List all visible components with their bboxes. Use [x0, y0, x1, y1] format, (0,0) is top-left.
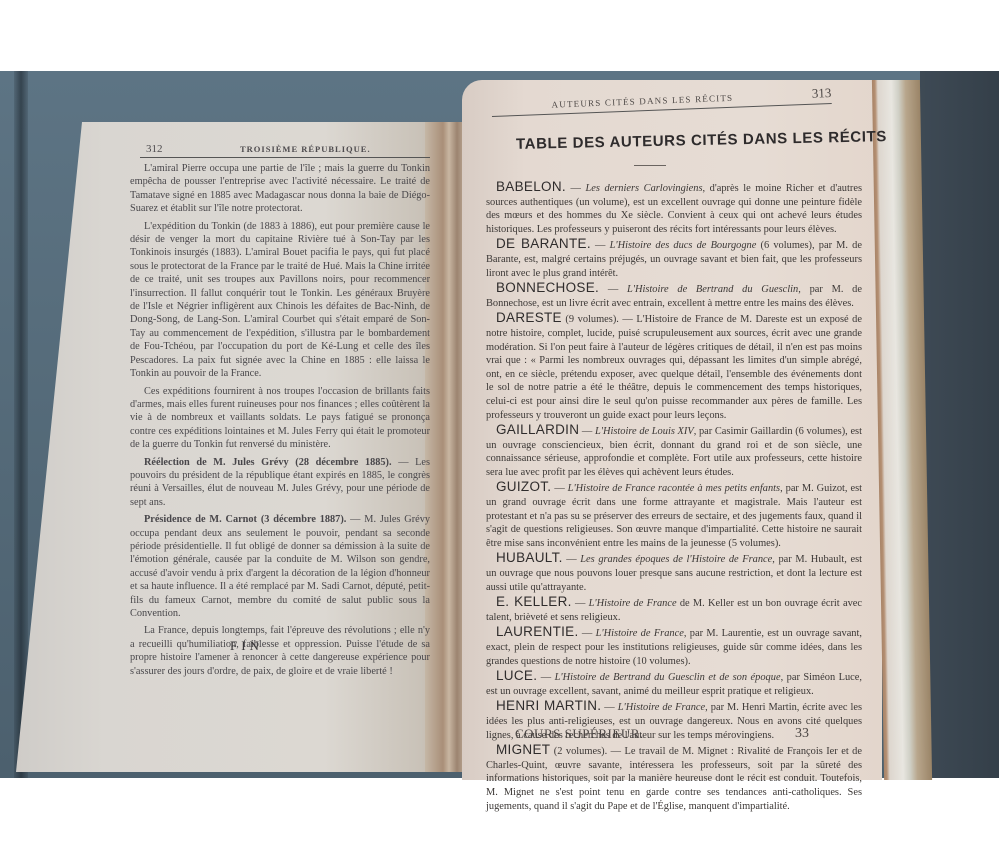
author-entry: DARESTE (9 volumes). — L'Histoire de Fra…	[486, 311, 862, 422]
left-running-head: TROISIÈME RÉPUBLIQUE.	[240, 144, 371, 154]
paragraph-closing: La France, depuis longtemps, fait l'épre…	[130, 624, 430, 678]
author-entry: E. KELLER. — L'Histoire de France de M. …	[486, 595, 862, 624]
book-gutter	[425, 122, 465, 772]
footer-signature: COURS SUPÉRIEUR.	[515, 726, 644, 742]
section-reelection: Réélection de M. Jules Grévy (28 décembr…	[130, 456, 430, 510]
author-entry: LAURENTIE. — L'Histoire de France, par M…	[486, 625, 862, 668]
right-running-head: AUTEURS CITÉS DANS LES RÉCITS	[551, 93, 733, 110]
author-table: BABELON. — Les derniers Carlovingiens, d…	[486, 180, 862, 814]
footer-signature-number: 33	[795, 726, 809, 742]
author-entry: LUCE. — L'Histoire de Bertrand du Guescl…	[486, 669, 862, 698]
backdrop-shadow-stripe	[14, 71, 28, 778]
left-page-number: 312	[146, 143, 163, 155]
author-entry: MIGNET (2 volumes). — Le travail de M. M…	[486, 743, 862, 813]
title-divider	[634, 165, 666, 166]
left-page-header: 312 TROISIÈME RÉPUBLIQUE.	[140, 143, 430, 158]
paragraph-madagascar: L'amiral Pierre occupa une partie de l'î…	[130, 162, 430, 216]
left-page-body: L'amiral Pierre occupa une partie de l'î…	[130, 162, 430, 682]
fin-mark: FIN	[230, 638, 263, 654]
section-carnot: Présidence de M. Carnot (3 décembre 1887…	[130, 513, 430, 620]
author-entry: GUIZOT. — L'Histoire de France racontée …	[486, 480, 862, 550]
author-entry: GAILLARDIN — L'Histoire de Louis XIV, pa…	[486, 423, 862, 479]
author-entry: BONNECHOSE. — L'Histoire de Bertrand du …	[486, 281, 862, 310]
author-entry: BABELON. — Les derniers Carlovingiens, d…	[486, 180, 862, 236]
author-entry: DE BARANTE. — L'Histoire des ducs de Bou…	[486, 237, 862, 280]
book-cover-right	[920, 71, 999, 778]
section-body-carnot: — M. Jules Grévy occupa pendant deux ans…	[130, 514, 430, 619]
right-page-number: 313	[812, 85, 832, 102]
section-heading-carnot: Présidence de M. Carnot (3 décembre 1887…	[144, 514, 346, 525]
paragraph-tonkin: L'expédition du Tonkin (de 1883 à 1886),…	[130, 220, 430, 381]
author-entry: HUBAULT. — Les grandes époques de l'Hist…	[486, 551, 862, 594]
paragraph-consequences: Ces expéditions fournirent à nos troupes…	[130, 385, 430, 452]
section-heading-reelection: Réélection de M. Jules Grévy (28 décembr…	[144, 457, 392, 468]
